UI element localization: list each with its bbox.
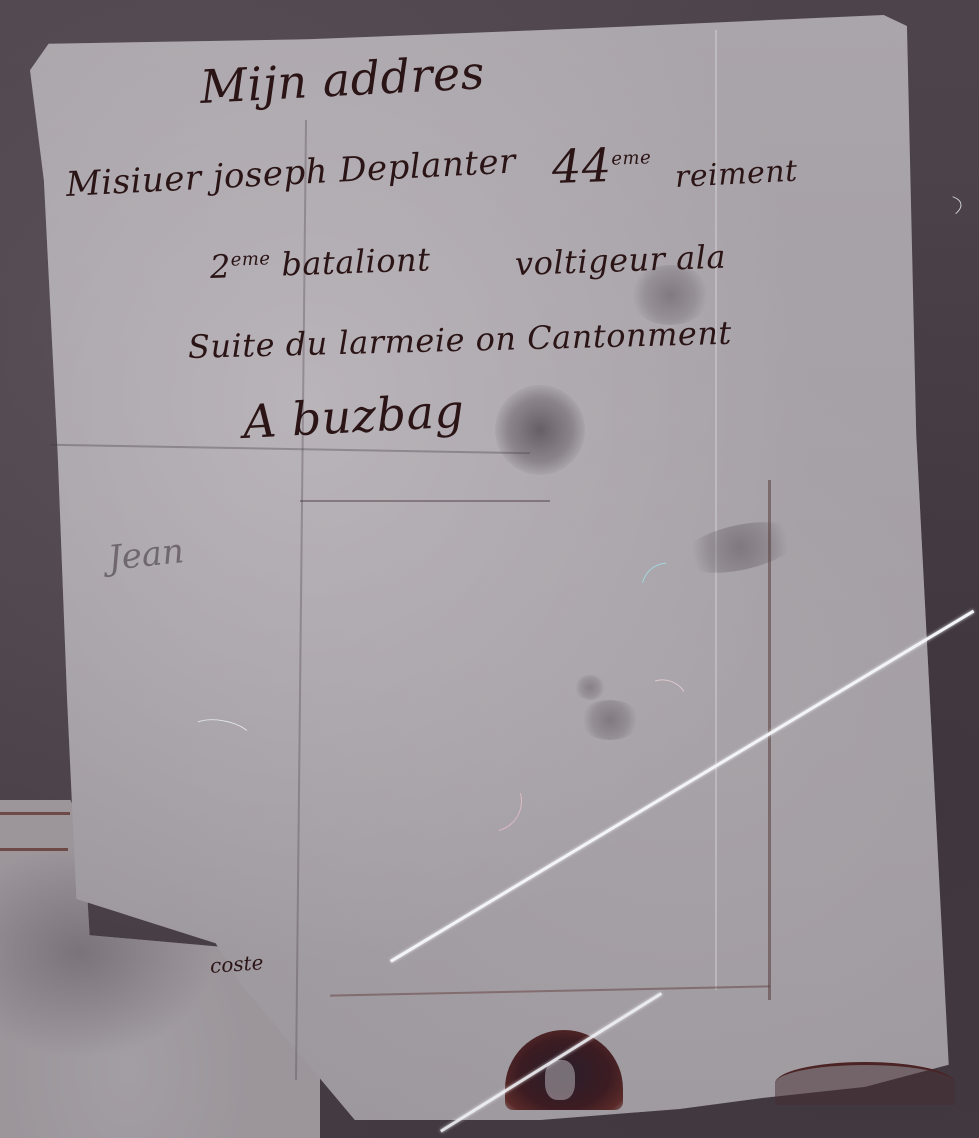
location-line: A buzbag <box>242 383 466 449</box>
regiment-number: 44eme <box>551 137 652 194</box>
regiment-suffix: eme <box>611 147 652 169</box>
fold-crease <box>300 500 550 502</box>
ink-stain <box>580 700 640 740</box>
ink-stain <box>495 385 585 475</box>
battalion: 2eme bataliont <box>209 240 431 286</box>
regiment-word: reiment <box>674 154 798 195</box>
company-line: voltigeur ala <box>514 238 726 283</box>
curled-paper-edge <box>775 1062 955 1105</box>
battalion-suffix: eme <box>230 248 271 270</box>
text-fragment: coste <box>209 950 264 978</box>
paper-edge <box>0 848 68 851</box>
paper-edge <box>0 812 70 815</box>
faint-annotation: Jean <box>106 531 186 579</box>
battalion-number: 2 <box>209 247 231 286</box>
regiment-number-value: 44 <box>551 138 612 194</box>
battalion-word: bataliont <box>281 240 431 283</box>
wax-seal-highlight <box>545 1060 575 1100</box>
ink-stain <box>575 675 605 700</box>
